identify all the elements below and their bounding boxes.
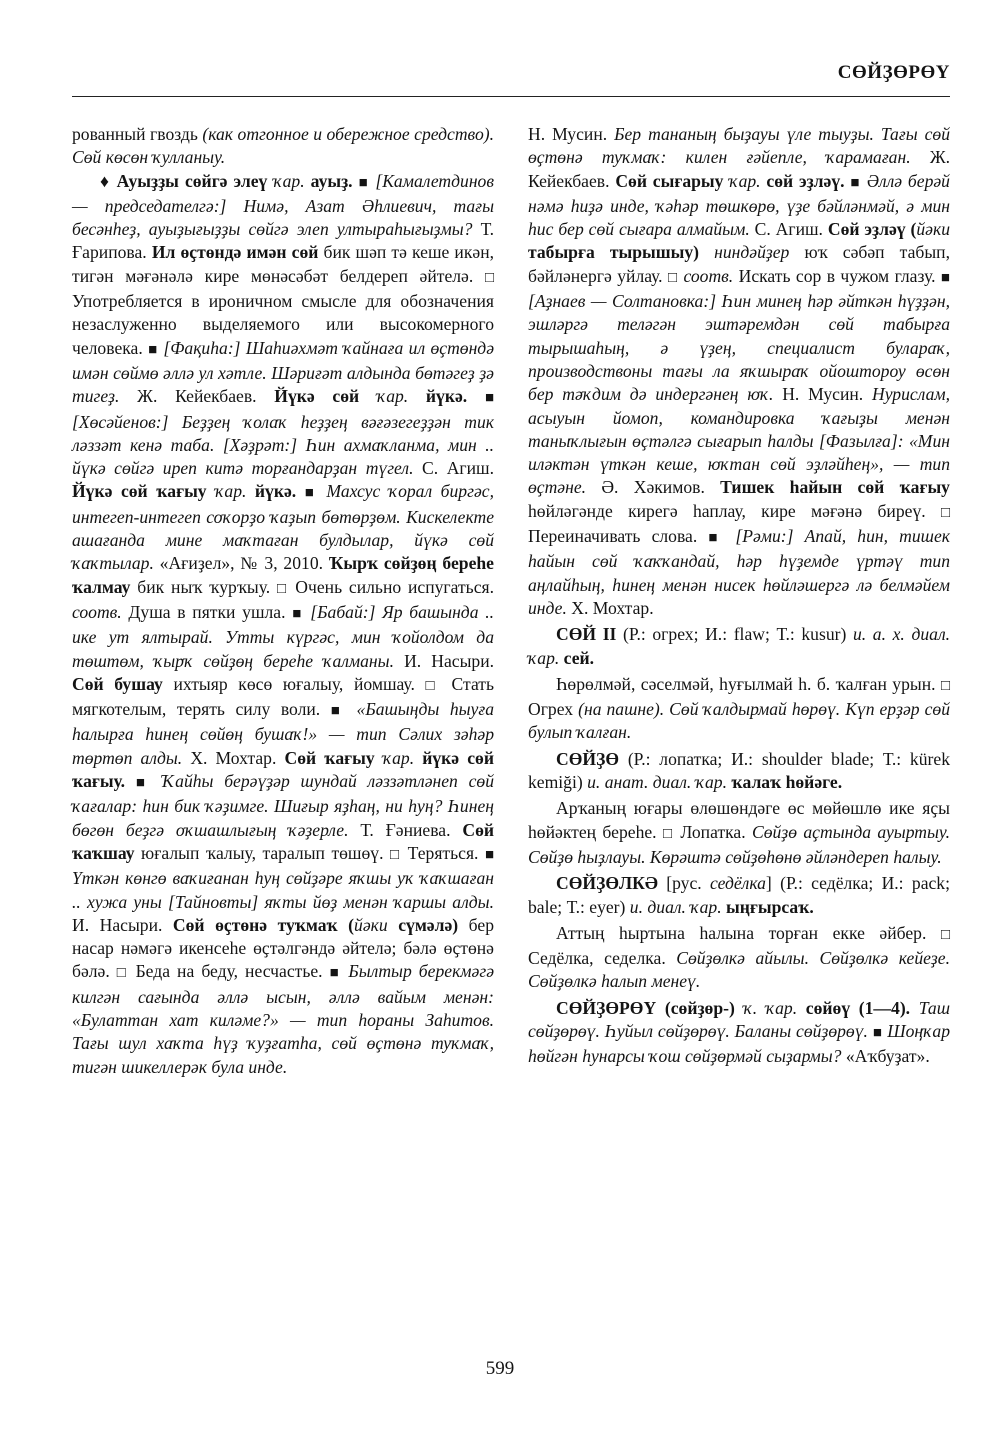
filled-square-icon: ■ (485, 847, 494, 863)
diamond-icon: ♦ (100, 171, 111, 191)
author-source: И. Насыри. (394, 651, 494, 671)
italic-text: йәки (354, 915, 388, 935)
author-source: Н. Мусин. (773, 384, 872, 404)
phrase-headword: табырға тырышыу) (528, 242, 699, 262)
italic-text: соотв. (683, 266, 733, 286)
empty-square-icon: □ (485, 270, 494, 286)
etymology-source-word: седёлка (710, 873, 766, 893)
author-source: «Ағиҙел», № 3, 2010. (154, 553, 329, 573)
empty-square-icon: □ (941, 927, 950, 943)
sense-soyzolke: Аттың һыртына һалына торған екке әйбер. … (528, 922, 950, 994)
translations: (Р.: огрех; И.: flaw; Т.: kusur) (616, 624, 853, 644)
empty-square-icon: □ (941, 505, 950, 521)
author-source: «Аҡбуҙат». (841, 1046, 929, 1066)
empty-square-icon: □ (941, 678, 950, 694)
entry-headword: СӨЙ II (556, 624, 616, 644)
definition: юғалып ҡалыу, таралып төшөү. (135, 843, 390, 863)
italic-text: ҡар. (723, 171, 766, 191)
grammar-labels: и. анат. диал. ҡар. (587, 772, 727, 792)
stem-form: (сөйҙөр-) (656, 998, 735, 1018)
cross-reference: йүкә. (426, 386, 467, 406)
filled-square-icon: ■ (873, 1025, 883, 1041)
entry-headword: СӨЙҘӨ (556, 749, 619, 769)
dictionary-entry-soyzolke: СӨЙҘӨЛКӘ [рус. седёлка] (Р.: седёлка; И.… (528, 872, 950, 919)
filled-square-icon: ■ (136, 775, 151, 791)
continuation-paragraph: Н. Мусин. Бер тананың быҙауы үле тыуҙы. … (528, 123, 950, 620)
cross-reference: ауыҙ. (311, 171, 353, 191)
italic-text: ҡар. (359, 386, 426, 406)
filled-square-icon: ■ (708, 530, 724, 546)
author-source: С. Агиш. (750, 219, 828, 239)
phrase-headword: Сөй эҙләү ( (828, 219, 916, 239)
dictionary-entry-soyzo: СӨЙҘӨ (Р.: лопатка; И.: shoulder blade; … (528, 748, 950, 795)
left-column: рованный гвоздь (как отгонное и обережно… (72, 123, 494, 1079)
etymology: [рус. (658, 873, 710, 893)
cross-reference: йүкә. (255, 481, 296, 501)
filled-square-icon: ■ (305, 485, 318, 501)
translation: Седёлка, седелка. (528, 948, 676, 968)
phrase-headword: Йүкә сөй (274, 386, 359, 406)
italic-text: йәки (916, 219, 950, 239)
example-quote: (на пашне). Сөй ҡалдырмай һөрөү. Күп ерҙ… (528, 699, 950, 742)
page-number: 599 (0, 1358, 1000, 1380)
definition: һөйләгәнде кирегә һаплау, кире мәғәнә би… (528, 501, 941, 521)
definition: Аттың һыртына һалына торған екке әйбер. (556, 923, 941, 943)
phrase-headword: Сөй сығарыу (615, 171, 723, 191)
italic-text: соотв. (72, 602, 122, 622)
filled-square-icon: ■ (850, 175, 861, 191)
filled-square-icon: ■ (359, 175, 370, 191)
phrase-headword: Ил өҫтөндә имән сөй (152, 242, 319, 262)
entry-headword: СӨЙҘӨРӨҮ (556, 998, 656, 1018)
continuation-paragraph: рованный гвоздь (как отгонное и обережно… (72, 123, 494, 170)
italic-text: ниндәйҙер (699, 242, 789, 262)
filled-square-icon: ■ (331, 703, 346, 719)
grammar-labels: ҡ. ҡар. (735, 998, 797, 1018)
entry-headword: СӨЙҘӨЛКӘ (556, 873, 658, 893)
filled-square-icon: ■ (292, 606, 303, 622)
author-source: Х. Мохтар. (567, 598, 654, 618)
definition: Һөрөлмәй, сәселмәй, һуғылмай һ. б. ҡалға… (556, 674, 941, 694)
right-column: Н. Мусин. Бер тананың быҙауы үле тыуҙы. … (528, 123, 950, 1069)
phrase-headword: Ауыҙҙы сөйгә элеү (117, 171, 268, 191)
italic-text: ҡар. (207, 481, 255, 501)
author-source: Х. Мохтар. (182, 748, 284, 768)
empty-square-icon: □ (663, 826, 674, 842)
translation: Душа в пятки ушла. (122, 602, 292, 622)
phrase-headword: сүмәлә) (388, 915, 458, 935)
text: рованный гвоздь (72, 124, 202, 144)
cross-reference: ҡалаҡ һөйәге. (727, 772, 842, 792)
empty-square-icon: □ (117, 965, 129, 981)
author-source: Ж. Кейекбаев. (119, 386, 274, 406)
translation: Огрех (528, 699, 578, 719)
phrase-headword: Тишек һайын сөй ҡағыу (720, 477, 950, 497)
sense-soy-2: Һөрөлмәй, сәселмәй, һуғылмай һ. б. ҡалға… (528, 673, 950, 745)
author-source: И. Насыри. (72, 915, 173, 935)
dictionary-entry-soyzoroy: СӨЙҘӨРӨҮ (сөйҙөр-) ҡ. ҡар. сөйөү (1—4). … (528, 997, 950, 1069)
translation: Очень сильно испугаться. (288, 577, 494, 597)
filled-square-icon: ■ (485, 390, 494, 406)
running-head: СӨЙҘӨРӨҮ (838, 62, 950, 84)
phrase-headword: Сөй өҫтөнә туҡмаҡ ( (173, 915, 354, 935)
translation: Искать сор в чужом глазу. (733, 266, 941, 286)
cross-reference: сөй эҙләү. (766, 171, 844, 191)
definition: бик ныҡ ҡурҡыу. (130, 577, 277, 597)
translation: Беда на беду, несчастье. (129, 961, 330, 981)
header-rule (72, 96, 950, 97)
phrase-headword: Йүкә сөй ҡағыу (72, 481, 207, 501)
definition: ихтыяр көсө юғалыу, йомшау. (163, 674, 426, 694)
phrase-headword: Сөй ҡағыу (285, 748, 375, 768)
author-source: Н. Мусин. (528, 124, 614, 144)
cross-reference: сөйөү (1—4). (797, 998, 910, 1018)
empty-square-icon: □ (668, 270, 678, 286)
cross-reference: сей. (559, 648, 594, 668)
phrase-headword: Сөй бушау (72, 674, 163, 694)
filled-square-icon: ■ (148, 342, 158, 358)
translation: Переиначивать слова. (528, 526, 708, 546)
sense-soyzo: Арҡаның юғары өлөшөндәге өс мөйөшлө ике … (528, 797, 950, 869)
grammar-labels: и. диал. ҡар. (630, 897, 722, 917)
empty-square-icon: □ (277, 581, 288, 597)
dictionary-entry-soy-2: СӨЙ II (Р.: огрех; И.: flaw; Т.: kusur) … (528, 623, 950, 670)
italic-text: ҡар. (267, 171, 310, 191)
filled-square-icon: ■ (941, 270, 950, 286)
italic-text: ҡар. (375, 748, 423, 768)
phrase-block: ♦ Ауыҙҙы сөйгә элеү ҡар. ауыҙ. ■ [Камале… (72, 170, 494, 1079)
filled-square-icon: ■ (330, 965, 342, 981)
author-source: С. Агиш. (414, 458, 495, 478)
translation: Теряться. (401, 843, 485, 863)
empty-square-icon: □ (390, 847, 401, 863)
author-source: Ә. Хәкимов. (586, 477, 720, 497)
cross-reference: ыңғырсаҡ. (722, 897, 814, 917)
example-quote: Үткән көнгө ваҡиғанан һуң сөйҙәре яҡшы у… (72, 868, 494, 911)
empty-square-icon: □ (426, 678, 441, 694)
translation: Лопатка. (674, 822, 752, 842)
author-source: Т. Ғәниева. (349, 820, 463, 840)
